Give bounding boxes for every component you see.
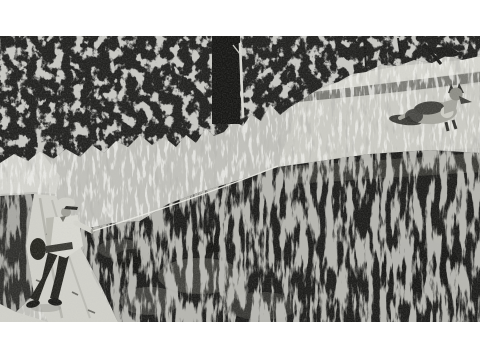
photograph (0, 36, 480, 322)
film-grain-overlay (0, 36, 480, 322)
photo-scene (0, 36, 480, 322)
photo-print (0, 0, 480, 360)
letterbox-bottom (0, 322, 480, 360)
letterbox-top (0, 0, 480, 36)
